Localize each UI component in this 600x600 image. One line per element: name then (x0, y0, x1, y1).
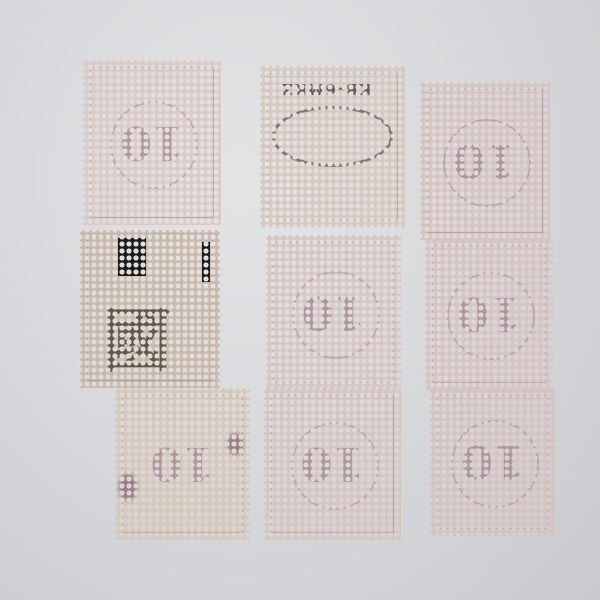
stamp-middle-top: KB-6MKZ (260, 66, 405, 228)
stamp-right-bottom: 10 (430, 388, 556, 536)
stamp-numeral: 10 (83, 116, 221, 170)
stamp-middle-middle: 10 (266, 235, 401, 390)
stamp-right-top: 10 (420, 82, 550, 240)
stamp-numeral: 10 (425, 287, 553, 341)
stamp-numeral: 10 (266, 286, 401, 340)
stamp-middle-bottom: 10 (264, 388, 401, 540)
cancellation-character: 國 (102, 285, 172, 386)
black-ink-mark (118, 238, 146, 276)
stamp-numeral: 10 (115, 437, 250, 491)
postmark-text: KB-6MKZ (280, 80, 371, 98)
stamp-left-middle: 國 (80, 230, 220, 388)
black-ink-mark (202, 242, 210, 282)
postmark-oval (272, 106, 393, 167)
stamp-numeral: 10 (420, 134, 550, 188)
stamp-right-middle: 10 (425, 238, 553, 390)
stamp-left-bottom: 10 (115, 388, 250, 540)
stamp-numeral: 10 (430, 435, 556, 489)
stamp-numeral: 10 (264, 437, 401, 491)
stamp-left-top: 10 (83, 60, 221, 225)
